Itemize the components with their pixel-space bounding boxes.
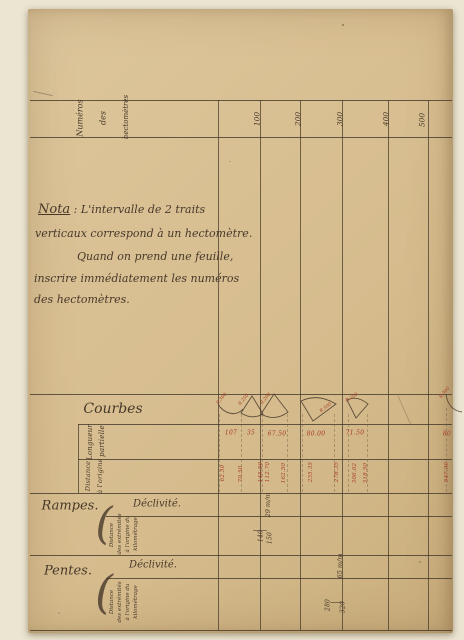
pentes-extremites-l1: Distance	[109, 590, 115, 614]
rampes-distance-value: 150	[267, 532, 274, 544]
nota-line-3: Quand on prend une feuille,	[77, 250, 233, 264]
longueur-value: 80.00	[307, 431, 326, 438]
rampes-extremites-l2: des extrémités	[117, 513, 123, 554]
nota-word: Nota	[38, 202, 70, 217]
curve-diagrams	[0, 0, 464, 640]
distance-value: 162.50	[281, 463, 287, 483]
rampes-extremites-l4: kilométrage	[133, 517, 139, 551]
rampes-tick	[253, 530, 267, 531]
nota-rest: : L'intervalle de 2 traits	[70, 203, 205, 216]
distance-value: 70.50	[238, 466, 244, 483]
longueur-value: 107	[225, 430, 237, 437]
distance-value: 145.50	[258, 462, 264, 482]
header-label-des: des	[99, 111, 108, 125]
nota-line-4: inscrire immédiatement les numéros	[34, 272, 239, 286]
longueur-value: 80	[443, 431, 451, 438]
tick-400: 400	[382, 112, 391, 126]
distance-value: 278.35	[334, 462, 340, 482]
pentes-extremites-l3: à l'origine du	[125, 584, 131, 621]
scanned-page: Numéros des hectomètres 100 200 300 400 …	[0, 0, 464, 640]
rampes-extremites-l3: à l'origine du	[125, 516, 131, 553]
nota-line-5: des hectomètres.	[34, 293, 130, 307]
rampes-title: Rampes.	[42, 499, 99, 514]
courbes-row-partielle: partielle	[98, 425, 106, 457]
distance-value: 235.35	[308, 462, 314, 482]
header-label-hectometres: hectomètres	[122, 95, 130, 139]
longueur-value: 71.50	[346, 430, 365, 437]
stray-scratch	[398, 396, 411, 425]
courbes-row-distance: Distance	[84, 461, 92, 491]
pentes-extremites-l4: kilométrage	[133, 585, 139, 619]
rampes-extremites-l1: Distance	[109, 523, 115, 547]
pentes-extremites-l2: des extrémités	[117, 581, 123, 622]
nota-line-2: verticaux correspond à un hectomètre.	[35, 227, 252, 241]
rampes-declivite-value: 29 m/m	[264, 493, 272, 518]
pentes-tick	[330, 602, 343, 603]
tick-500: 500	[418, 113, 427, 127]
distance-value: 62.50	[220, 465, 226, 482]
pentes-distance-value: 280	[325, 599, 332, 611]
rampes-distance-value: 140	[258, 530, 265, 542]
courbes-row-longueur: Longueur	[86, 424, 94, 460]
tick-200: 200	[294, 112, 303, 126]
longueur-value: 35	[247, 430, 255, 437]
courbes-title: Courbes	[83, 401, 142, 417]
distance-value: 306.02	[352, 463, 358, 483]
tick-300: 300	[336, 112, 345, 126]
distance-value: 112.70	[265, 462, 271, 482]
distance-value: 547.90	[444, 462, 450, 482]
courbes-row-origine: à l'origine	[96, 458, 104, 493]
nota-line-1: Nota : L'intervalle de 2 traits	[38, 203, 205, 217]
pentes-declivite-value: 65 m/m	[336, 554, 344, 579]
pentes-declivite-label: Déclivité.	[129, 560, 177, 571]
header-label-numeros: Numéros	[76, 99, 85, 136]
rampes-declivite-label: Déclivité.	[133, 499, 181, 510]
distance-value: 318.50	[363, 463, 369, 483]
longueur-value: 67.50	[268, 431, 287, 438]
tick-100: 100	[253, 112, 262, 126]
curve-arc-6	[446, 394, 462, 412]
pentes-title: Pentes.	[44, 564, 92, 579]
